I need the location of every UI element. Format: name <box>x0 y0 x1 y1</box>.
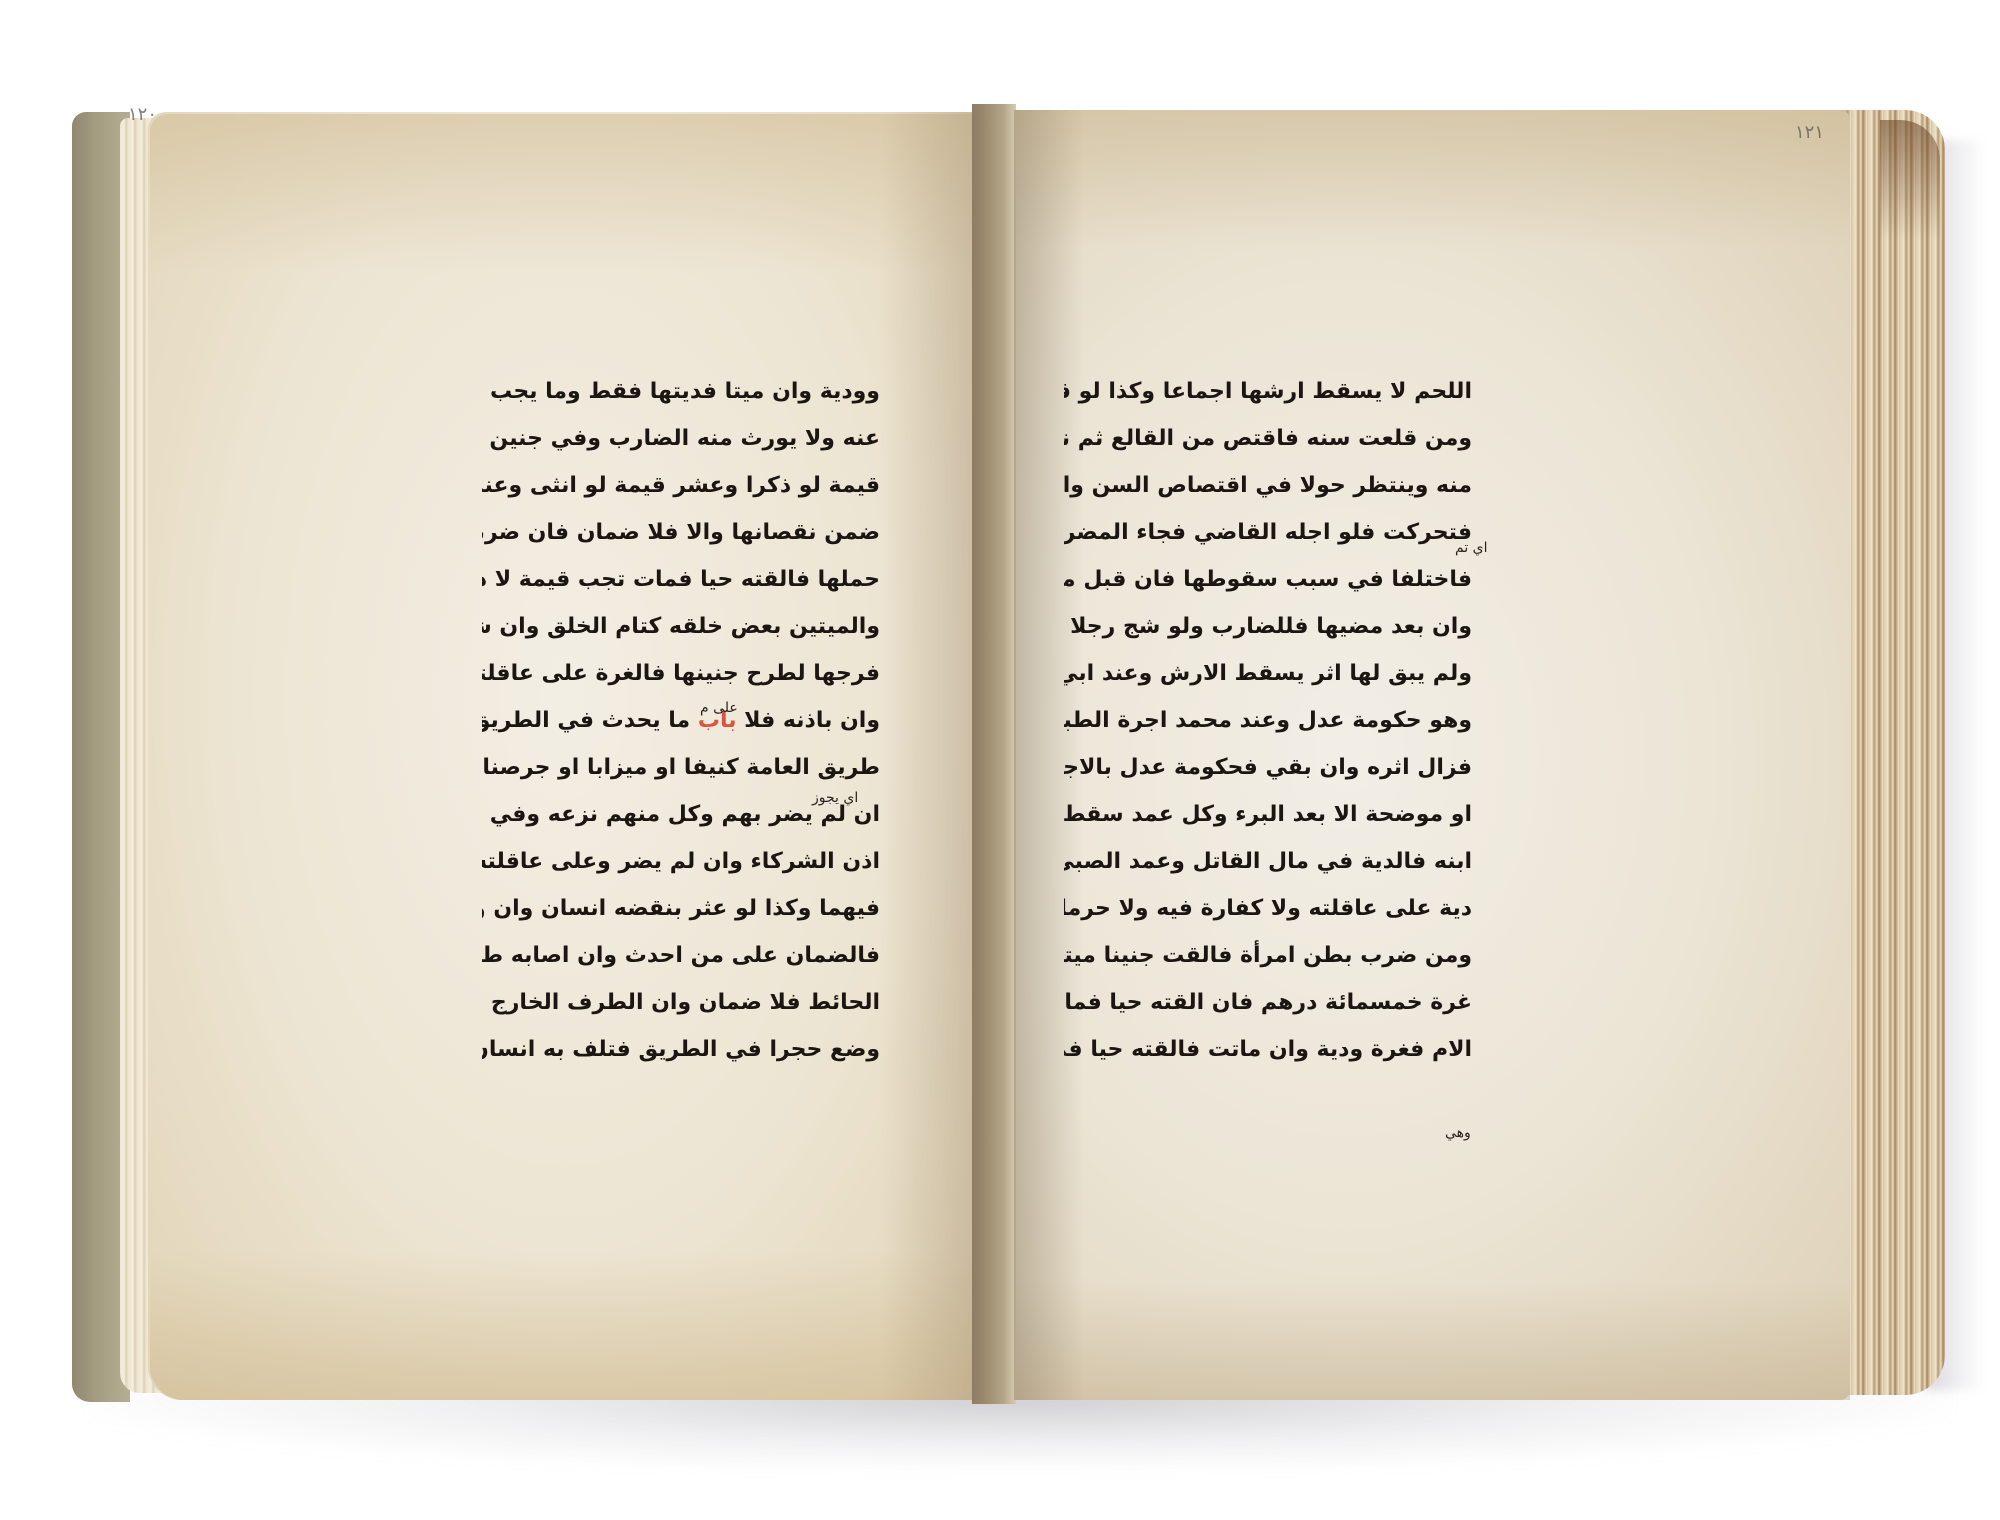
text-segment: ما يحدث في الطريق ومن احدث في <box>482 708 690 733</box>
book-gutter <box>972 104 1016 1404</box>
text-line: فاختلفا في سبب سقوطها فان قبل مضي السنة … <box>1064 556 1472 603</box>
text-segment: ومن ضرب بطن امرأة فالقت جنينا ميتا فعلى … <box>1064 943 1472 968</box>
folio-number-left: ١٢٠ <box>128 104 157 125</box>
left-page-bottom-stain <box>150 1250 980 1400</box>
right-page-top-stain <box>1010 110 1850 250</box>
text-line: اذن الشركاء وان لم يضر وعلى عاقلته دية م… <box>482 838 880 885</box>
gutter-shade-left <box>880 112 975 1400</box>
interlinear-gloss: اي يجوز <box>812 790 858 806</box>
manuscript-photo: ١٢٠ ١٢١ وودية وان ميتا فديتها فقط وما يج… <box>0 0 2000 1520</box>
text-line: حملها فالقته حيا فمات تجب قيمة لا دية ول… <box>482 556 880 603</box>
text-line: ابنه فالدية في مال القاتل وعمد الصبي وال… <box>1064 838 1472 885</box>
text-line: منه وينتظر حولا في اقتصاص السن والموضحة … <box>1064 462 1472 509</box>
text-line-with-rubric: ومن ضرب بطن امرأة فالقت جنينا ميتا فعلى … <box>1064 932 1472 979</box>
text-line-with-rubric: وان باذنه فلا باب ما يحدث في الطريق ومن … <box>482 697 880 744</box>
text-line: او موضحة الا بعد البرء وكل عمد سقط فيه ا… <box>1064 791 1472 838</box>
left-page-text: وودية وان ميتا فديتها فقط وما يجب في الج… <box>482 368 880 1073</box>
right-fore-edge-stain <box>1880 120 1940 240</box>
right-page-text: اللحم لا يسقط ارشها اجماعا وكذا لو قطع ا… <box>1064 368 1472 1073</box>
interlinear-gloss: على م <box>700 700 738 716</box>
text-line: وهو حكومة عدل وعند محمد اجرة الطبيب وكذا… <box>1064 697 1472 744</box>
text-line: فالضمان على من احدث وان اصابه طرف الميزا… <box>482 932 880 979</box>
left-page-top-stain <box>150 114 980 274</box>
text-line: غرة خمسمائة درهم فان القته حيا فمات فدية… <box>1064 979 1472 1026</box>
interlinear-gloss: اي تم <box>1455 540 1488 556</box>
text-line: فرجها لطرح جنينها فالغرة على عاقلتها ان … <box>482 650 880 697</box>
text-line: الام فغرة ودية وان ماتت فالقته حيا فمات … <box>1064 1026 1472 1073</box>
folio-number-right: ١٢١ <box>1795 122 1824 143</box>
text-line: ضمن نقصانها والا فلا ضمان فان ضربت فحرك … <box>482 509 880 556</box>
text-line: الحائط فلا ضمان وان الطرف الخارج ضمن كمن… <box>482 979 880 1026</box>
right-fore-edge <box>1835 110 1945 1395</box>
text-line: ولم يبق لها اثر يسقط الارش وعند ابي يوسف… <box>1064 650 1472 697</box>
text-line: فزال اثره وان بقي فحكومة عدل بالاجماع ول… <box>1064 744 1472 791</box>
text-line: قيمة لو ذكرا وعشر قيمة لو انثى وعند ابي … <box>482 462 880 509</box>
text-line: عنه ولا يورث منه الضارب وفي جنين الامة ن… <box>482 415 880 462</box>
text-line: وان بعد مضيها فللضارب ولو شج رجلا فالتحم… <box>1064 603 1472 650</box>
text-line: فتحركت فلو اجله القاضي فجاء المضروب وقد … <box>1064 509 1472 556</box>
text-line: فيهما وكذا لو عثر بنقضه انسان وان وقع ال… <box>482 885 880 932</box>
text-line: طريق العامة كنيفا او ميزابا او جرصنا او … <box>482 744 880 791</box>
right-page-bottom-stain <box>1010 1280 1850 1400</box>
text-line: وودية وان ميتا فديتها فقط وما يجب في الج… <box>482 368 880 415</box>
text-segment: وان باذنه فلا <box>744 708 880 733</box>
text-line: والميتين بعض خلقه كتام الخلق وان شربت دو… <box>482 603 880 650</box>
text-line: دية على عاقلته ولا كفارة فيه ولا حرمان ا… <box>1064 885 1472 932</box>
text-line: اللحم لا يسقط ارشها اجماعا وكذا لو قطع ا… <box>1064 368 1472 415</box>
text-line: ومن قلعت سنه فاقتص من القالع ثم نبتت فعل… <box>1064 415 1472 462</box>
text-line: وضع حجرا في الطريق فتلف به انسان وان تلف… <box>482 1026 880 1073</box>
interlinear-gloss: وهي <box>1445 1125 1471 1141</box>
